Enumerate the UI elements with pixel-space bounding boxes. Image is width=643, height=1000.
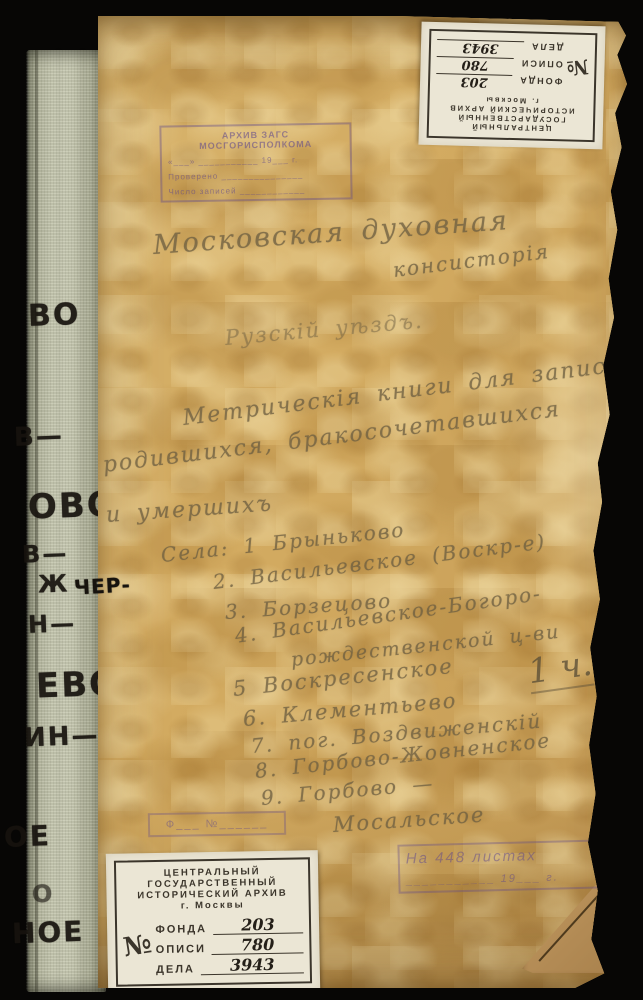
spine-marker-fragment: НОЕ [11,915,84,951]
zags-stamp: АРХИВ ЗАГС МОСГОРИСПОЛКОМА «___» _______… [159,122,352,202]
fond-value: 203 [213,916,303,935]
archive-label-top: ЦЕНТРАЛЬНЫЙ ГОСУДАРСТВЕННЫЙ ИСТОРИЧЕСКИЙ… [418,22,605,150]
archive-label-frame: ЦЕНТРАЛЬНЫЙ ГОСУДАРСТВЕННЫЙ ИСТОРИЧЕСКИЙ… [427,29,598,142]
handwriting-count-mark: 1 ч. [525,644,595,695]
opis-label: ОПИСИ [156,943,206,956]
spine-marker-fragment: В— [13,421,64,453]
number-sign: № [121,929,154,963]
fond-value: 203 [436,73,512,89]
number-sign: № [565,55,589,81]
fond-label: ФОНДА [518,75,562,86]
delo-value: 3943 [437,39,524,55]
zags-stamp-line: Число записей ____________ [168,184,344,196]
spine-marker-fragment: Н— [28,609,77,639]
archive-label-frame: ЦЕНТРАЛЬНЫЙ ГОСУДАРСТВЕННЫЙ ИСТОРИЧЕСКИЙ… [114,857,312,986]
handwriting-line: консисторія [392,239,552,282]
spine-marker-fragment: Ж [38,569,70,598]
zags-stamp-title: АРХИВ ЗАГС МОСГОРИСПОЛКОМА [167,128,343,151]
zags-stamp-line: «___» ___________ 19___ г. [168,154,344,166]
spine-marker-fragment: ОЕ [3,819,51,854]
sheets-stamp-date: ___________ 19___ г. [406,870,598,887]
opis-value: 780 [436,56,514,72]
handwriting-line: Мосальское [332,802,486,837]
fond-label: ФОНДА [155,923,207,936]
opis-label: ОПИСИ [520,58,563,69]
archival-book-photo: ВО В— ОВО В— Ж Н— ЕВО ИН— ОЕ О НОЕ ЧЕР- … [0,0,643,1000]
book-cover: ЦЕНТРАЛЬНЫЙ ГОСУДАРСТВЕННЫЙ ИСТОРИЧЕСКИЙ… [98,16,640,988]
book-spine: ВО В— ОВО В— Ж Н— ЕВО ИН— ОЕ О НОЕ [26,50,106,992]
fond-stamp-frame: Ф___ №______ [148,811,286,837]
fond-stamp-text: Ф___ №______ [156,817,278,831]
spine-marker-fragment: ИН— [23,721,100,754]
fond-stamp: Ф___ №______ [148,811,286,837]
sheets-stamp-count: На 448 листах [406,845,598,867]
delo-label: ДЕЛА [156,963,195,976]
spine-marker-fragment: О [32,880,55,909]
handwriting-line: Рузскій уѣздъ. [224,309,424,350]
delo-value: 3943 [201,956,304,975]
archive-label-bottom: ЦЕНТРАЛЬНЫЙ ГОСУДАРСТВЕННЫЙ ИСТОРИЧЕСКИЙ… [106,850,320,994]
opis-value: 780 [212,936,304,955]
delo-label: ДЕЛА [530,41,563,52]
spine-marker-fragment: ВО [27,297,81,334]
spine-marker-fragment: В— [22,539,69,569]
spine-note: ЧЕР- [73,573,131,600]
zags-stamp-frame: АРХИВ ЗАГС МОСГОРИСПОЛКОМА «___» _______… [159,122,352,202]
handwriting-line: и умершихъ [105,491,274,528]
sheets-stamp-frame: На 448 листах ___________ 19___ г. [397,839,606,893]
zags-stamp-line: Проверено _______________ [168,169,344,181]
sheets-stamp: На 448 листах ___________ 19___ г. [397,839,606,893]
